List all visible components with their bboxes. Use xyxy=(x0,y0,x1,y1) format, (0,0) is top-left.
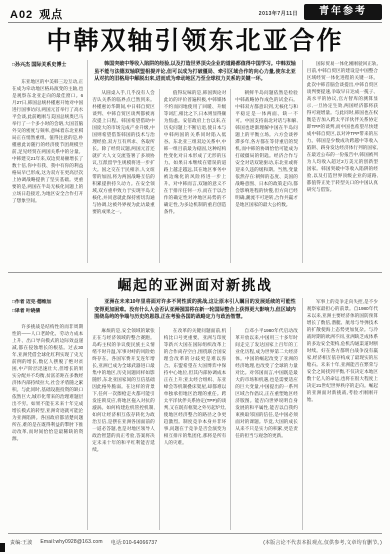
masthead-logo: 青年参考 xyxy=(304,4,382,20)
article1-columns: □孙兴杰 国际关系史博士 东亚地区的中美韩三边互动,正在成为牵动地区格局演变的主… xyxy=(8,60,382,263)
article2-column-5: 军事上的竞争走向失控,是不少观察家最担心的前景。自1980年代末以来,亚洲主要经… xyxy=(302,298,382,530)
article2-translator: □译者 叶晓倩 xyxy=(12,308,83,316)
article2-column-1-text: 许多挑战是结构性的而非周期性的——人口老龄化、劳动力成本上升、出口导向模式的边际… xyxy=(12,323,83,442)
article1-column-3-text: 值得玩味的是,韩国舆论对此访的评价普遍积极,中韩媒体不约而同地使用了回暖、升级等… xyxy=(164,89,227,215)
footer-phone: 电话:010-64066737 xyxy=(111,539,158,546)
article2-columns: □作者 迈克·德维加 □译者 叶晓倩 许多挑战是结构性的而非周期性的——人口老龄… xyxy=(8,298,382,530)
article1-column-1: □孙兴杰 国际关系史博士 东亚地区的中美韩三边互动,正在成为牵动地区格局演变的主… xyxy=(8,60,87,263)
article1-column-5-text: 国际贸易一体化刚刚驶回正轨,目前,中韩自贸区的建设是中国整合区域经贸一体化进程的… xyxy=(307,60,378,193)
page-label: A02观点 xyxy=(10,6,63,22)
article2-column-4: 自邓小平1980年代启动改革开放以来,中国用三十多年时间走完了发达国家上百年的工… xyxy=(230,327,302,530)
footer-notice: (本版言论不代表本报观点,仅供参考,文章均有删节。) xyxy=(263,539,382,546)
article2-column-5-text: 军事上的竞争走向失控,是不少观察家最担心的前景。自1980年代末以来,亚洲主要经… xyxy=(307,298,378,403)
article1-headline: 中韩双轴引领东北亚合作 xyxy=(0,26,390,56)
article2-column-1: □作者 迈克·德维加 □译者 叶晓倩 许多挑战是结构性的而非周期性的——人口老龄… xyxy=(8,298,87,530)
article2-column-2-text: 麻烦的是,安全领域的紧张正在与经济领域的整合赛跑。岛屿主权的争议使民族主义情绪不… xyxy=(92,327,155,453)
article2-column-4-text: 自邓小平1980年代启动改革开放以来,中国用三十多年时间走完了发达国家上百年的工… xyxy=(235,327,298,439)
article1-column-5: 国际贸易一体化刚刚驶回正轨,目前,中韩自贸区的建设是中国整合区域经贸一体化进程的… xyxy=(302,60,382,263)
article2-column-3-text: 在改革的关键问题面前,机构比口号更重要。亚洲与印度等新兴大国在国际组织改革上的合… xyxy=(164,327,227,446)
article1-column-4: 朝鲜半岛问题依然是检验中韩战略协作成色的试金石。中韩双方都意识到,无核化与和平稳… xyxy=(230,89,302,263)
newspaper-page: A02观点 2013年7月11日 青年参考 中韩双轴引领东北亚合作 □孙兴杰 国… xyxy=(0,0,390,554)
article1-byline: □孙兴杰 国际关系史博士 xyxy=(12,61,83,69)
page-code: A02 xyxy=(10,9,33,21)
article1-inner-columns: 从圆桌入手,几乎没有人会否认关系的临界点已然到来。朴槿惠访华期间,中日韩自贸区谈… xyxy=(88,89,302,263)
article2-author: □作者 迈克·德维加 xyxy=(12,299,83,307)
article1-column-1-text: 东亚地区的中美韩三边互动,正在成为牵动地区格局演变的主轴,也是观察东北亚走向的最… xyxy=(12,78,83,204)
article1-lead: 韩国突破中等收入陷阱的经验,以及打造世界顶尖企业的道路都值得中国学习。中韩双轴虽… xyxy=(88,60,302,84)
header-rule xyxy=(8,22,382,23)
article-divider-rule xyxy=(8,272,382,273)
footer-editor: 责编:王波 xyxy=(10,539,32,546)
footer-contact: 责编:王波 Email:why0928@163.com 电话:010-64066… xyxy=(10,539,157,546)
page-fold-mark xyxy=(0,543,5,552)
issue-date: 2013年7月11日 xyxy=(259,10,298,17)
article2-headline: 崛起的亚洲面对新挑战 xyxy=(0,277,390,294)
section-name: 观点 xyxy=(39,9,63,21)
article2-inner-columns: 麻烦的是,安全领域的紧张正在与经济领域的整合赛跑。岛屿主权的争议使民族主义情绪不… xyxy=(88,327,302,530)
article1-column-3: 值得玩味的是,韩国舆论对此访的评价普遍积极,中韩媒体不约而同地使用了回暖、升级等… xyxy=(159,89,231,263)
footer-rule xyxy=(8,533,382,534)
article2-lead: 亚洲在未来10年里将面对许多不同性质的挑战,这让原本引人瞩目的发展延续的可能性变… xyxy=(88,298,302,322)
article2-column-2: 麻烦的是,安全领域的紧张正在与经济领域的整合赛跑。岛屿主权的争议使民族主义情绪不… xyxy=(88,327,159,530)
article2-column-3: 在改革的关键问题面前,机构比口号更重要。亚洲与印度等新兴大国在国际组织改革上的合… xyxy=(159,327,231,530)
article1-column-4-text: 朝鲜半岛问题依然是检验中韩战略协作成色的试金石。中韩双方都意识到,无核化与和平稳… xyxy=(235,89,298,208)
article1-middle-block: 韩国突破中等收入陷阱的经验,以及打造世界顶尖企业的道路都值得中国学习。中韩双轴虽… xyxy=(87,60,302,263)
footer-email: Email:why0928@163.com xyxy=(40,539,102,546)
article1-column-2-text: 从圆桌入手,几乎没有人会否认关系的临界点已然到来。朴槿惠访华期间,中日韩自贸区谈… xyxy=(92,89,155,215)
masthead-title: 青年参考 xyxy=(319,7,367,17)
article1-column-2: 从圆桌入手,几乎没有人会否认关系的临界点已然到来。朴槿惠访华期间,中日韩自贸区谈… xyxy=(88,89,159,263)
article2-byline-block: □作者 迈克·德维加 □译者 叶晓倩 xyxy=(12,299,83,315)
article2-middle-block: 亚洲在未来10年里将面对许多不同性质的挑战,这让原本引人瞩目的发展延续的可能性变… xyxy=(87,298,302,530)
